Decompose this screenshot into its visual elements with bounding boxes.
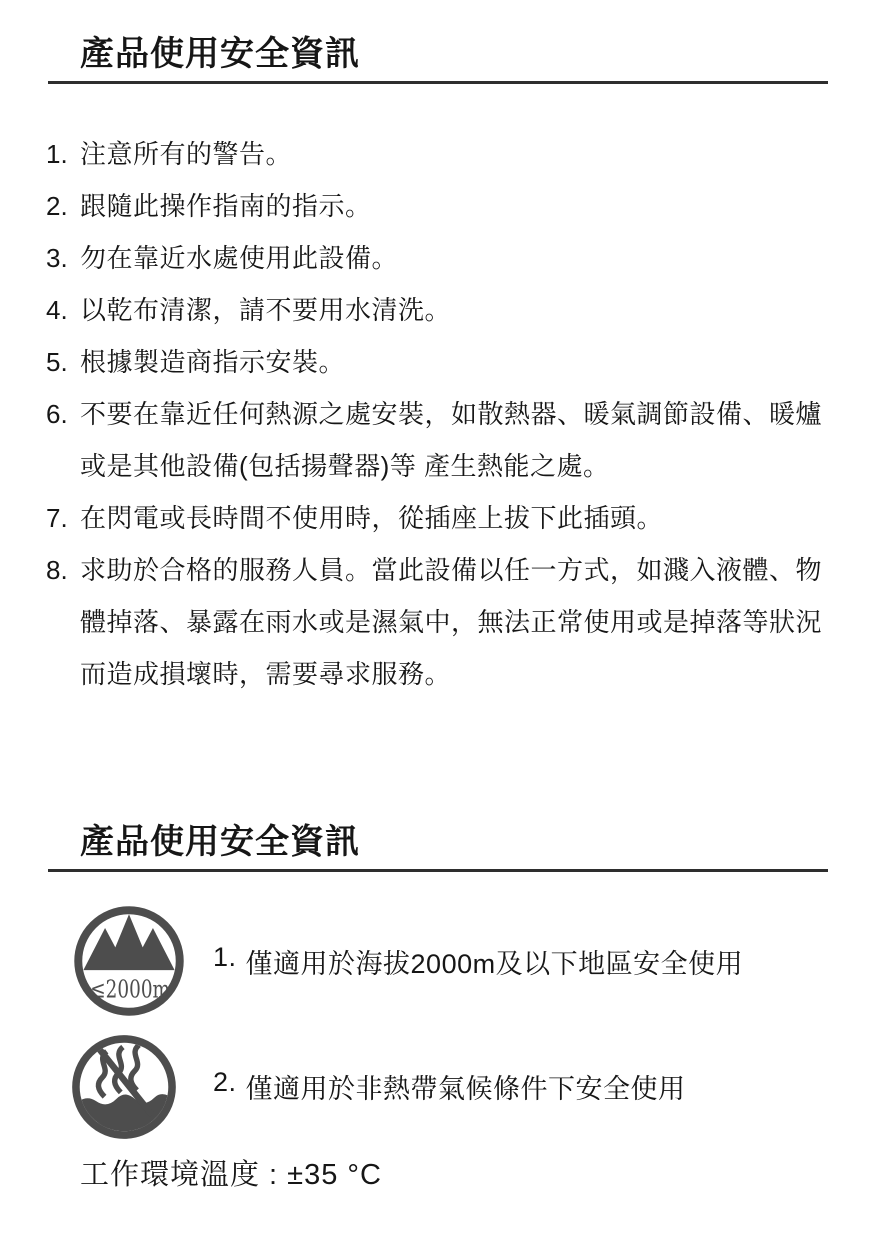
operating-temperature: 工作環境溫度 : ±35 °C xyxy=(80,1152,382,1193)
item-number: 6. xyxy=(46,388,80,492)
list-item: 7. 在閃電或長時間不使用時，從插座上拔下此插頭。 xyxy=(46,492,848,544)
item-number: 4. xyxy=(46,284,80,336)
section2-title: 產品使用安全資訊 xyxy=(80,814,360,863)
section1-title: 產品使用安全資訊 xyxy=(80,26,360,75)
item-text: 求助於合格的服務人員。當此設備以任一方式，如濺入液體、物 xyxy=(80,544,848,596)
item-text: 以乾布清潔，請不要用水清洗。 xyxy=(80,284,848,336)
list-item: 8. 求助於合格的服務人員。當此設備以任一方式，如濺入液體、物 體掉落、暴露在雨… xyxy=(46,544,848,700)
altitude-limit-label: ≤2000m xyxy=(90,975,170,1003)
note-row: 2. 僅適用於非熱帶氣候條件下安全使用 xyxy=(213,1067,686,1106)
item-text: 體掉落、暴露在雨水或是濕氣中，無法正常使用或是掉落等狀況 xyxy=(80,596,848,648)
note-number: 2. xyxy=(213,1067,237,1106)
item-text: 在閃電或長時間不使用時，從插座上拔下此插頭。 xyxy=(80,492,848,544)
note-row: 1. 僅適用於海拔2000m及以下地區安全使用 xyxy=(213,942,743,981)
list-item: 2. 跟隨此操作指南的指示。 xyxy=(46,180,848,232)
item-text: 勿在靠近水處使用此設備。 xyxy=(80,232,848,284)
note-text: 僅適用於非熱帶氣候條件下安全使用 xyxy=(246,1067,686,1106)
list-item: 1. 注意所有的警告。 xyxy=(46,128,848,180)
list-item: 5. 根據製造商指示安裝。 xyxy=(46,336,848,388)
list-item: 6. 不要在靠近任何熱源之處安裝，如散熱器、暖氣調節設備、暖爐 或是其他設備(包… xyxy=(46,388,848,492)
note-text: 僅適用於海拔2000m及以下地區安全使用 xyxy=(246,942,744,981)
list-item: 3. 勿在靠近水處使用此設備。 xyxy=(46,232,848,284)
section2-title-rule xyxy=(48,869,828,872)
non-tropical-climate-icon xyxy=(70,1033,178,1141)
item-text: 注意所有的警告。 xyxy=(80,128,848,180)
safety-instruction-list: 1. 注意所有的警告。 2. 跟隨此操作指南的指示。 3. 勿在靠近水處使用此設… xyxy=(46,128,848,700)
note-number: 1. xyxy=(213,942,237,981)
item-text: 根據製造商指示安裝。 xyxy=(80,336,848,388)
altitude-limit-icon: ≤2000m xyxy=(72,904,186,1018)
manual-page: 產品使用安全資訊 1. 注意所有的警告。 2. 跟隨此操作指南的指示。 3. 勿… xyxy=(0,0,875,1241)
item-text: 而造成損壞時，需要尋求服務。 xyxy=(80,648,848,700)
item-text: 或是其他設備(包括揚聲器)等 產生熱能之處。 xyxy=(80,440,848,492)
item-number: 7. xyxy=(46,492,80,544)
item-number: 2. xyxy=(46,180,80,232)
item-text: 跟隨此操作指南的指示。 xyxy=(80,180,848,232)
item-number: 5. xyxy=(46,336,80,388)
list-item: 4. 以乾布清潔，請不要用水清洗。 xyxy=(46,284,848,336)
item-text: 不要在靠近任何熱源之處安裝，如散熱器、暖氣調節設備、暖爐 xyxy=(80,388,848,440)
item-number: 1. xyxy=(46,128,80,180)
item-number: 3. xyxy=(46,232,80,284)
item-number: 8. xyxy=(46,544,80,700)
section1-title-rule xyxy=(48,81,828,84)
